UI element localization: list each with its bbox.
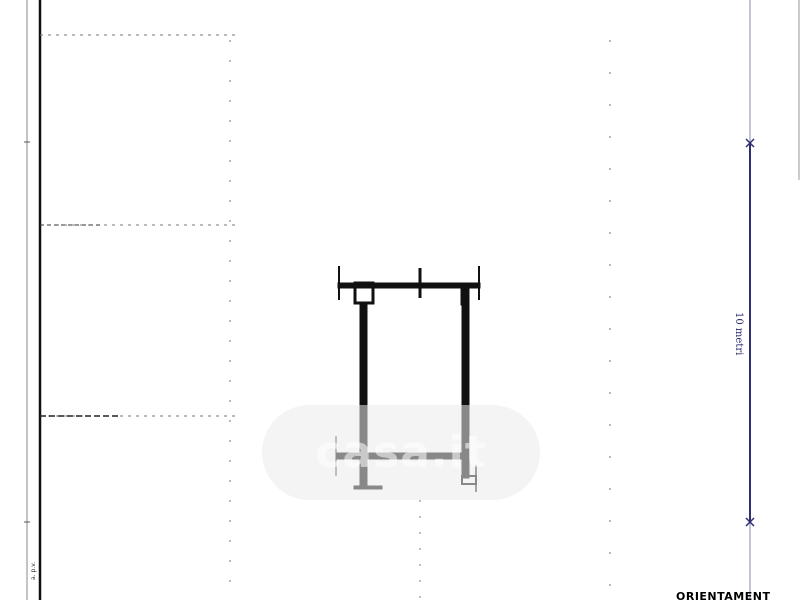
orientation-label: ORIENTAMENT: [676, 590, 770, 600]
watermark: casa.it: [262, 405, 540, 500]
grid-lines: [40, 35, 610, 600]
floor-plan-drawing: [0, 0, 800, 600]
floor-plan-svg: [0, 0, 800, 600]
margin-note: a. p.v.: [30, 562, 37, 580]
scale-bar-label: 10 metri: [733, 312, 744, 355]
